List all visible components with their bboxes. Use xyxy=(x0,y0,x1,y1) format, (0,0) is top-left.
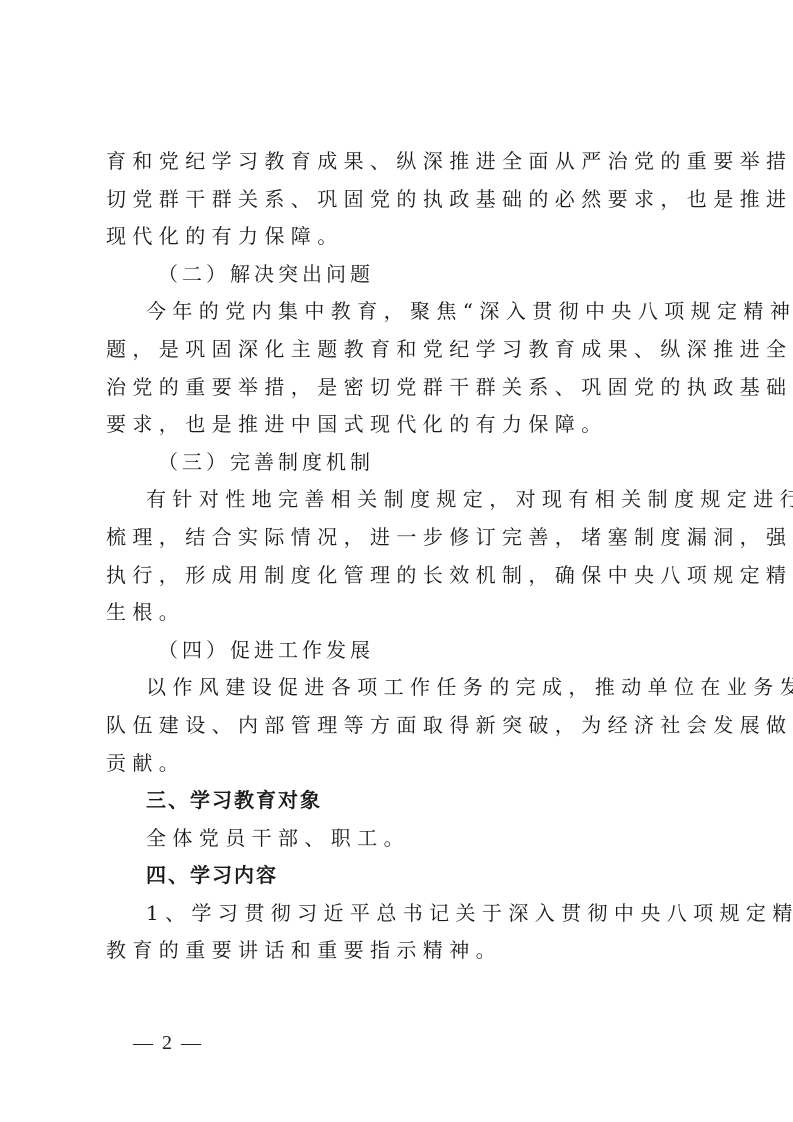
body-text-line: 治党的重要举措，是密切党群干群关系、巩固党的执政基础的必然 xyxy=(106,369,694,407)
body-text-line: 队伍建设、内部管理等方面取得新突破，为经济社会发展做出更大 xyxy=(106,707,694,745)
body-text-line: 执行，形成用制度化管理的长效机制，确保中央八项规定精神落地 xyxy=(106,557,694,595)
section-heading: 三、学习教育对象 xyxy=(106,782,694,820)
body-text-line: 育和党纪学习教育成果、纵深推进全面从严治党的重要举措，是密 xyxy=(106,143,694,181)
body-text-line: 有针对性地完善相关制度规定，对现有相关制度规定进行全面 xyxy=(106,481,694,519)
body-text-line: 要求，也是推进中国式现代化的有力保障。 xyxy=(106,406,694,444)
body-text-line: 全体党员干部、职工。 xyxy=(106,820,694,858)
body-text-line: 生根。 xyxy=(106,594,694,632)
body-text-line: 1、学习贯彻习近平总书记关于深入贯彻中央八项规定精神学习 xyxy=(106,895,694,933)
body-text-line: 教育的重要讲话和重要指示精神。 xyxy=(106,932,694,970)
body-text-line: 梳理，结合实际情况，进一步修订完善，堵塞制度漏洞，强化制度 xyxy=(106,519,694,557)
body-text-line: 贡献。 xyxy=(106,745,694,783)
body-text-line: 题，是巩固深化主题教育和党纪学习教育成果、纵深推进全面从严 xyxy=(106,331,694,369)
body-text-line: 以作风建设促进各项工作任务的完成，推动单位在业务发展、 xyxy=(106,669,694,707)
section-heading: 四、学习内容 xyxy=(106,857,694,895)
subsection-heading: （二）解决突出问题 xyxy=(106,256,694,294)
document-page: 育和党纪学习教育成果、纵深推进全面从严治党的重要举措，是密 切党群干群关系、巩固… xyxy=(106,143,694,970)
subsection-heading: （三）完善制度机制 xyxy=(106,444,694,482)
subsection-heading: （四）促进工作发展 xyxy=(106,632,694,670)
page-number: — 2 — xyxy=(133,1032,203,1055)
body-text-line: 切党群干群关系、巩固党的执政基础的必然要求，也是推进中国式 xyxy=(106,181,694,219)
body-text-line: 现代化的有力保障。 xyxy=(106,218,694,256)
body-text-line: 今年的党内集中教育，聚焦“深入贯彻中央八项规定精神”这一主 xyxy=(106,293,694,331)
